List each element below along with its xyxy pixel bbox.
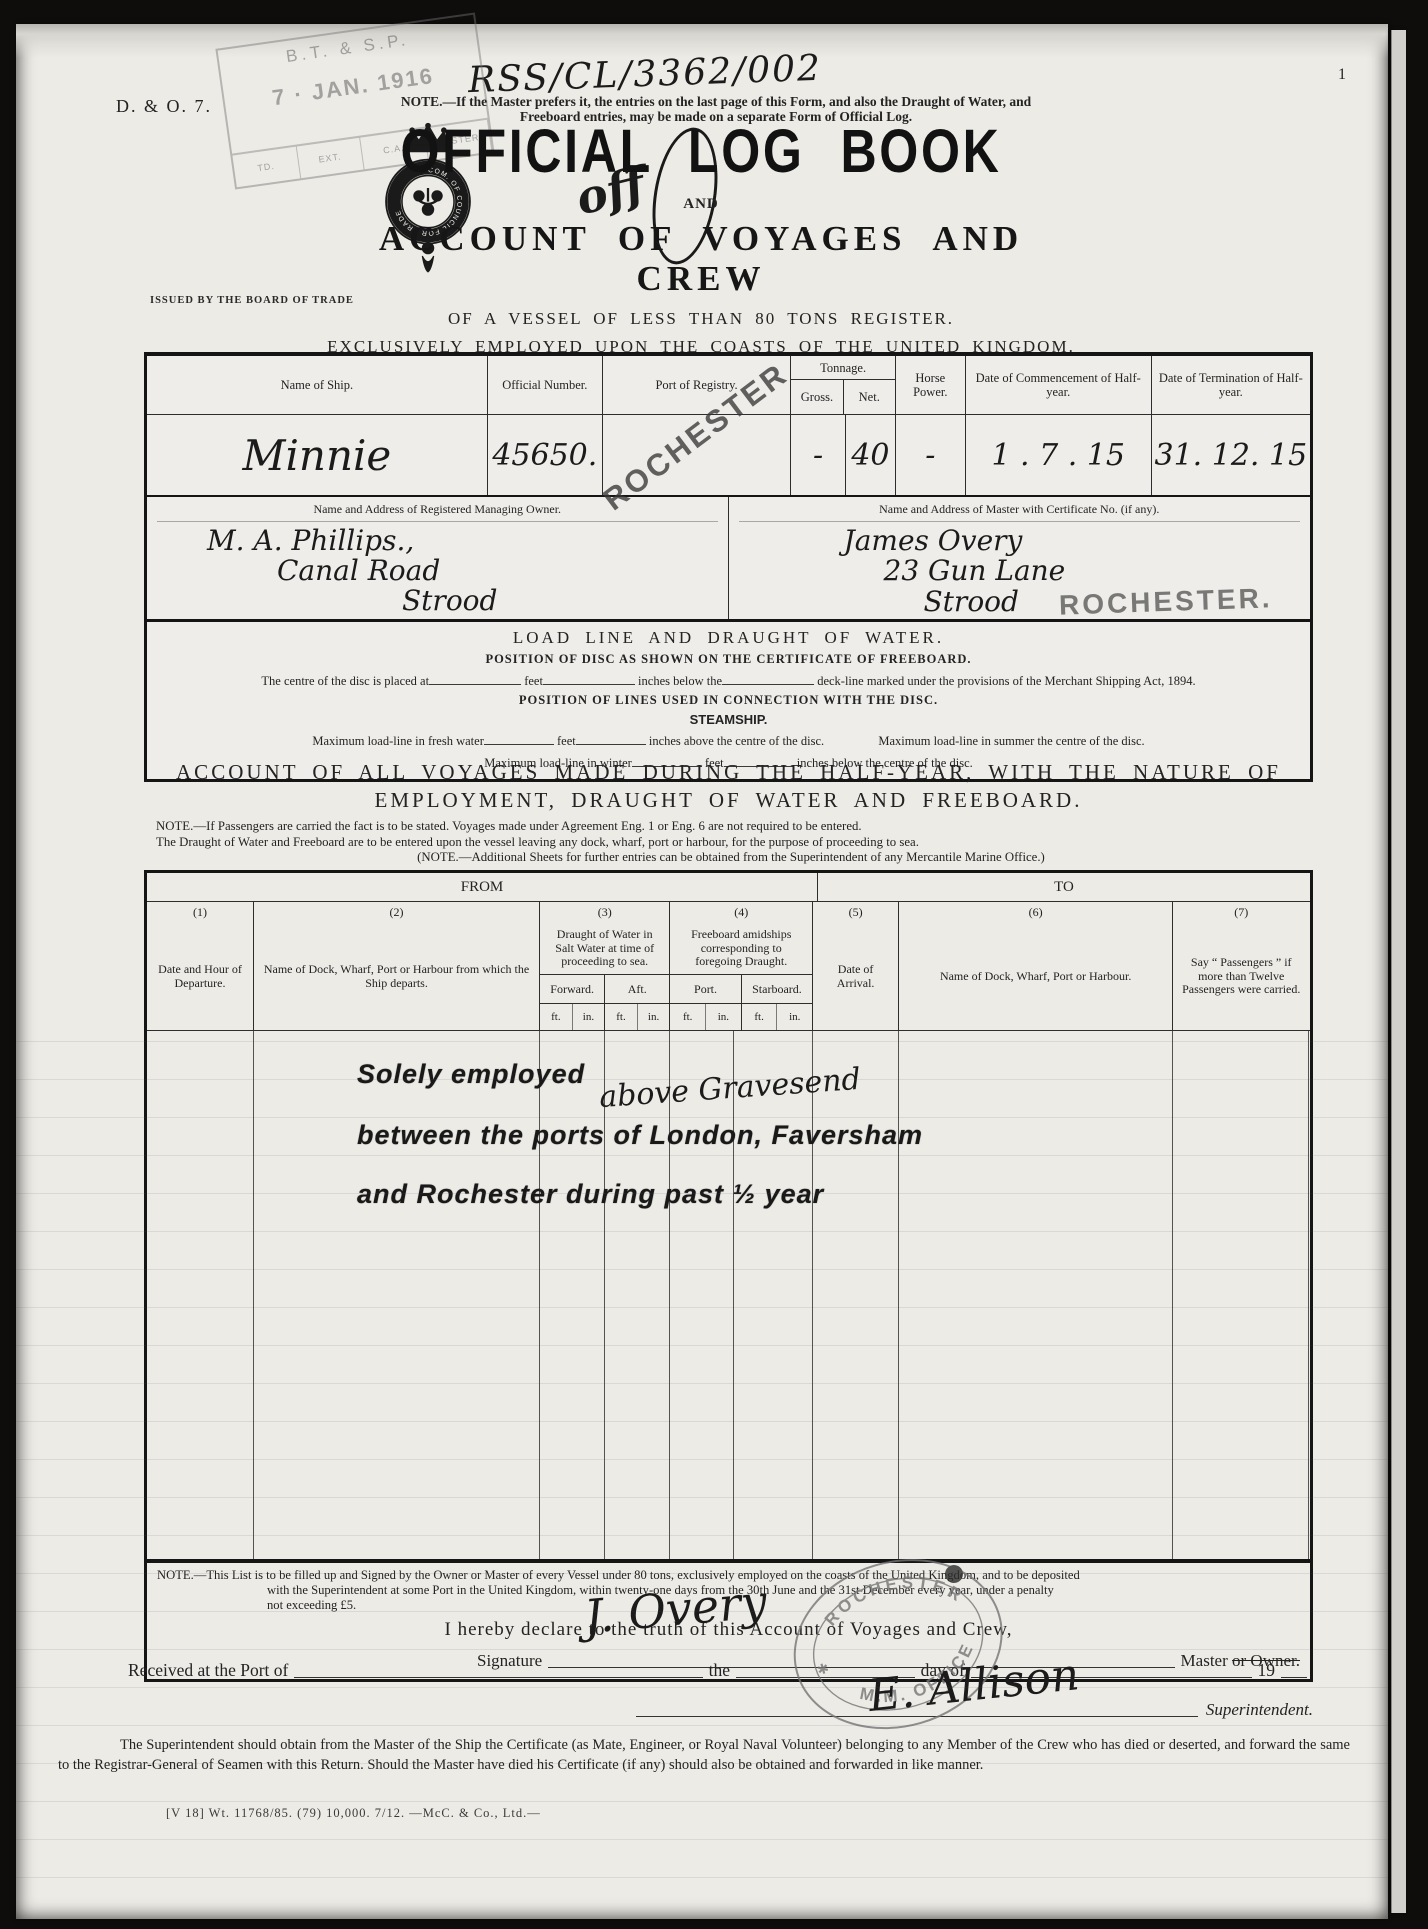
rochester-master-stamp: ROCHESTER.	[1058, 582, 1273, 621]
text-segment: deck-line marked under the provisions of…	[817, 674, 1195, 688]
horse-power-value: -	[896, 415, 966, 495]
voyages-heading: ACCOUNT OF ALL VOYAGES MADE DURING THE H…	[144, 760, 1313, 813]
sub-col-port: Port.	[670, 975, 741, 1003]
header-official-number: Official Number.	[488, 356, 603, 414]
employment-stamp-line: and Rochester during past ½ year	[357, 1179, 923, 1210]
voyages-note: NOTE.—If Passengers are carried the fact…	[156, 819, 1306, 835]
col-number: (3)	[540, 902, 669, 923]
sub-col-aft: Aft.	[605, 975, 669, 1003]
unit-in: in.	[637, 1004, 670, 1030]
col-label: Say “ Passengers ” if more than Twelve P…	[1173, 923, 1309, 1030]
ship-name-value: Minnie	[147, 415, 488, 495]
unit-in: in.	[705, 1004, 741, 1030]
unit-ft: ft.	[605, 1004, 637, 1030]
col-label: Date and Hour of Departure.	[147, 923, 253, 1030]
text-segment: inches below the	[638, 674, 722, 688]
col-freeboard: (4) Freeboard amidships corresponding to…	[670, 902, 813, 1030]
col-departure-place: (2) Name of Dock, Wharf, Port or Harbour…	[254, 902, 540, 1030]
net-tonnage-value: 40	[846, 415, 896, 495]
gross-tonnage-value: -	[791, 415, 846, 495]
tonnage-label: Tonnage.	[791, 356, 895, 380]
col-number: (4)	[670, 902, 812, 923]
received-line: Received at the Port of the day of 19	[128, 1660, 1313, 1681]
master-label: Name and Address of Master with Certific…	[739, 497, 1301, 522]
voyages-heading-line: EMPLOYMENT, DRAUGHT OF WATER AND FREEBOA…	[144, 788, 1313, 813]
voyages-note: The Draught of Water and Freeboard are t…	[156, 835, 1306, 851]
employment-statement-stamp: Solely employed above Gravesend between …	[357, 1059, 923, 1210]
text-segment: feet	[557, 734, 576, 748]
col-label: Freeboard amidships corresponding to for…	[670, 923, 812, 974]
col-label: Draught of Water in Salt Water at time o…	[540, 923, 669, 974]
fresh-water-line: Maximum load-line in fresh water feet in…	[155, 732, 1302, 749]
voyages-notes: NOTE.—If Passengers are carried the fact…	[156, 819, 1306, 866]
owner-town: Strood	[402, 586, 728, 616]
managing-owner-cell: Name and Address of Registered Managing …	[147, 497, 729, 619]
col-draught: (3) Draught of Water in Salt Water at ti…	[540, 902, 670, 1030]
ship-table-value-row: Minnie 45650. ROCHESTER - 40 - 1 . 7 . 1…	[147, 415, 1310, 495]
unit-ft: ft.	[670, 1004, 705, 1030]
received-label: Received at the Port of	[128, 1660, 288, 1681]
units-row: ft.in. ft.in.	[540, 1003, 669, 1030]
col-number: (6)	[899, 902, 1172, 923]
unit-ft: ft.	[742, 1004, 777, 1030]
stamp-star: ✱	[816, 1661, 831, 1679]
subtitle: ACCOUNT OF VOYAGES AND CREW	[301, 219, 1101, 299]
sub-col-starboard: Starboard.	[742, 975, 812, 1003]
header-net: Net.	[844, 380, 895, 414]
scanned-log-book-page: { "page": { "number": "1", "catalog_ref"…	[0, 0, 1428, 1929]
voyages-heading-line: ACCOUNT OF ALL VOYAGES MADE DURING THE H…	[144, 760, 1313, 785]
voyages-table-body: Solely employed above Gravesend between …	[147, 1031, 1310, 1559]
owner-master-row: Name and Address of Registered Managing …	[147, 495, 1310, 619]
title-block: OFFICIAL LOG BOOK AND ACCOUNT OF VOYAGES…	[301, 116, 1101, 357]
handwritten-insert: above Gravesend	[598, 1062, 862, 1115]
unit-in: in.	[776, 1004, 812, 1030]
employment-stamp-line: Solely employed	[357, 1059, 585, 1090]
unit-ft: ft.	[540, 1004, 572, 1030]
col-number: (7)	[1173, 902, 1309, 923]
owner-name: M. A. Phillips.,	[207, 526, 728, 556]
to-header: TO	[818, 873, 1310, 901]
col-label: Date of Arrival.	[813, 923, 898, 1030]
header-termination: Date of Termination of Half-year.	[1152, 356, 1310, 414]
ship-particulars-table: Name of Ship. Official Number. Port of R…	[144, 352, 1313, 782]
master-name: James Overy	[844, 526, 1311, 556]
text-segment: feet	[524, 674, 543, 688]
master-street: 23 Gun Lane	[884, 556, 1311, 586]
voyages-column-headers: (1) Date and Hour of Departure. (2) Name…	[147, 902, 1310, 1031]
superintendent-line: Superintendent.	[128, 1700, 1313, 1720]
voyages-note: (NOTE.—Additional Sheets for further ent…	[156, 850, 1306, 866]
page-number: 1	[1338, 66, 1346, 84]
voyages-table: FROM TO (1) Date and Hour of Departure. …	[144, 870, 1313, 1562]
superintendent-paragraph: The Superintendent should obtain from th…	[58, 1736, 1350, 1775]
header-name-of-ship: Name of Ship.	[147, 356, 488, 414]
col-passengers: (7) Say “ Passengers ” if more than Twel…	[1173, 902, 1309, 1030]
receipt-cell: TD.	[232, 147, 300, 188]
port-of-registry-cell: ROCHESTER	[603, 415, 791, 495]
col-departure: (1) Date and Hour of Departure.	[147, 902, 254, 1030]
main-title: OFFICIAL LOG BOOK	[349, 116, 1053, 187]
text-segment: inches above the centre of the disc.	[649, 734, 824, 748]
col-arrival-place: (6) Name of Dock, Wharf, Port or Harbour…	[899, 902, 1173, 1030]
header-horse-power: Horse Power.	[896, 356, 966, 414]
col-number: (2)	[254, 902, 539, 923]
owner-street: Canal Road	[277, 556, 728, 586]
disc-centre-line: The centre of the disc is placed at feet…	[155, 672, 1302, 689]
load-line-section: LOAD LINE AND DRAUGHT OF WATER. POSITION…	[147, 619, 1310, 779]
the-word: the	[709, 1660, 730, 1681]
unit-in: in.	[572, 1004, 605, 1030]
master-town: Strood	[924, 587, 1019, 617]
year-prefix: 19	[1258, 1660, 1276, 1681]
load-line-title: LOAD LINE AND DRAUGHT OF WATER.	[155, 628, 1302, 648]
commencement-value: 1 . 7 . 15	[966, 415, 1152, 495]
sub-col-forward: Forward.	[540, 975, 605, 1003]
disc-position-subtitle: POSITION OF DISC AS SHOWN ON THE CERTIFI…	[155, 652, 1302, 667]
vessel-line: OF A VESSEL OF LESS THAN 80 TONS REGISTE…	[301, 309, 1101, 329]
col-number: (5)	[813, 902, 898, 923]
steamship-heading: STEAMSHIP.	[155, 712, 1302, 727]
page-stack-edge	[1391, 30, 1406, 1913]
text-segment: Maximum load-line in summer the centre o…	[878, 734, 1144, 748]
col-number: (1)	[147, 902, 253, 923]
official-number-value: 45650.	[488, 415, 603, 495]
units-row: ft.in. ft.in.	[670, 1003, 812, 1030]
document-page: RSS/CL/3362/002 1 D. & O. 7. B.T. & S.P.…	[16, 24, 1388, 1919]
header-commencement: Date of Commencement of Half-year.	[966, 356, 1152, 414]
header-tonnage: Tonnage. Gross. Net.	[791, 356, 896, 414]
header-gross: Gross.	[791, 380, 843, 414]
print-code: [V 18] Wt. 11768/85. (79) 10,000. 7/12. …	[166, 1806, 541, 1821]
text-segment: Maximum load-line in fresh water	[312, 734, 483, 748]
form-code: D. & O. 7.	[116, 96, 212, 117]
text-segment: The centre of the disc is placed at	[261, 674, 429, 688]
col-label: Name of Dock, Wharf, Port or Harbour fro…	[254, 923, 539, 1030]
col-label: Name of Dock, Wharf, Port or Harbour.	[899, 923, 1172, 1030]
termination-value: 31. 12. 15	[1152, 415, 1310, 495]
master-cell: Name and Address of Master with Certific…	[729, 497, 1311, 619]
lines-position-subtitle: POSITION OF LINES USED IN CONNECTION WIT…	[155, 693, 1302, 708]
col-arrival: (5) Date of Arrival.	[813, 902, 899, 1030]
from-header: FROM	[147, 873, 818, 901]
superintendent-label: Superintendent.	[1206, 1700, 1313, 1720]
note-line: NOTE.—If the Master prefers it, the entr…	[346, 94, 1086, 109]
title-and: AND	[301, 196, 1101, 213]
employment-stamp-line: between the ports of London, Faversham	[357, 1120, 923, 1151]
from-to-row: FROM TO	[147, 873, 1310, 902]
